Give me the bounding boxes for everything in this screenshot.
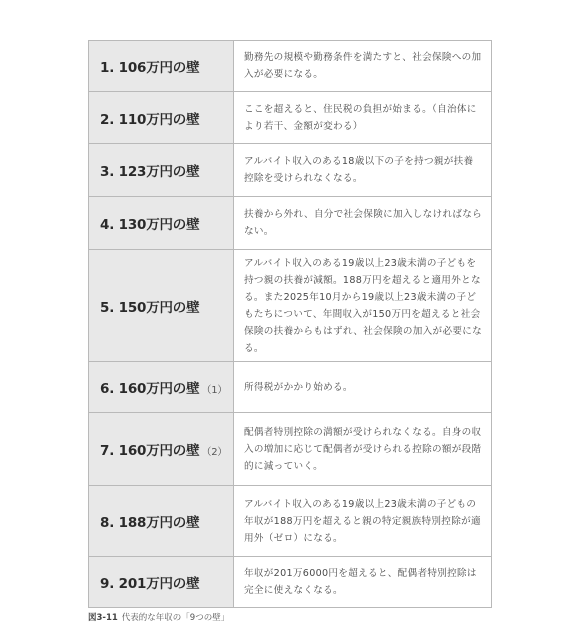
- table-row: 3. 123万円の壁 アルバイト収入のある18歳以下の子を持つ親が扶養控除を受け…: [89, 144, 492, 197]
- wall-label-suffix: （2）: [201, 447, 227, 458]
- wall-description: アルバイト収入のある18歳以下の子を持つ親が扶養控除を受けられなくなる。: [234, 144, 492, 197]
- figure-caption: 図3-11代表的な年収の「9つの壁」: [88, 611, 229, 623]
- wall-label-cell: 5. 150万円の壁: [89, 250, 234, 362]
- wall-label-cell: 9. 201万円の壁: [89, 557, 234, 608]
- wall-label: 8. 188万円の壁: [100, 515, 199, 531]
- wall-label: 9. 201万円の壁: [100, 576, 199, 592]
- wall-label: 5. 150万円の壁: [100, 300, 199, 316]
- wall-description: 勤務先の規模や勤務条件を満たすと、社会保険への加入が必要になる。: [234, 41, 492, 92]
- wall-label-cell: 6. 160万円の壁（1）: [89, 362, 234, 413]
- wall-label: 3. 123万円の壁: [100, 164, 199, 180]
- wall-label-cell: 2. 110万円の壁: [89, 92, 234, 144]
- wall-label: 1. 106万円の壁: [100, 60, 199, 76]
- wall-label-suffix: （1）: [201, 385, 227, 396]
- wall-label-cell: 3. 123万円の壁: [89, 144, 234, 197]
- wall-description: アルバイト収入のある19歳以上23歳未満の子どもの年収が188万円を超えると親の…: [234, 486, 492, 557]
- table-row: 9. 201万円の壁 年収が201万6000円を超えると、配偶者特別控除は完全に…: [89, 557, 492, 608]
- wall-label-cell: 4. 130万円の壁: [89, 197, 234, 250]
- wall-label-cell: 1. 106万円の壁: [89, 41, 234, 92]
- table-row: 7. 160万円の壁（2） 配偶者特別控除の満額が受けられなくなる。自身の収入の…: [89, 413, 492, 486]
- table-row: 2. 110万円の壁 ここを超えると、住民税の負担が始まる。（自治体により若干、…: [89, 92, 492, 144]
- wall-label: 4. 130万円の壁: [100, 217, 199, 233]
- wall-description: 配偶者特別控除の満額が受けられなくなる。自身の収入の増加に応じて配偶者が受けられ…: [234, 413, 492, 486]
- wall-label: 6. 160万円の壁: [100, 381, 199, 397]
- table-row: 6. 160万円の壁（1） 所得税がかかり始める。: [89, 362, 492, 413]
- wall-label-cell: 8. 188万円の壁: [89, 486, 234, 557]
- wall-description: 扶養から外れ、自分で社会保険に加入しなければならない。: [234, 197, 492, 250]
- table-row: 5. 150万円の壁 アルバイト収入のある19歳以上23歳未満の子どもを持つ親の…: [89, 250, 492, 362]
- table-row: 8. 188万円の壁 アルバイト収入のある19歳以上23歳未満の子どもの年収が1…: [89, 486, 492, 557]
- wall-description: 年収が201万6000円を超えると、配偶者特別控除は完全に使えなくなる。: [234, 557, 492, 608]
- income-walls-table: 1. 106万円の壁 勤務先の規模や勤務条件を満たすと、社会保険への加入が必要に…: [88, 40, 492, 608]
- wall-label: 2. 110万円の壁: [100, 112, 199, 128]
- wall-label-cell: 7. 160万円の壁（2）: [89, 413, 234, 486]
- table-row: 1. 106万円の壁 勤務先の規模や勤務条件を満たすと、社会保険への加入が必要に…: [89, 41, 492, 92]
- figure-caption-text: 代表的な年収の「9つの壁」: [122, 613, 229, 623]
- wall-label: 7. 160万円の壁: [100, 443, 199, 459]
- wall-description: 所得税がかかり始める。: [234, 362, 492, 413]
- figure-number: 図3-11: [88, 613, 118, 623]
- wall-description: アルバイト収入のある19歳以上23歳未満の子どもを持つ親の扶養が減額。188万円…: [234, 250, 492, 362]
- wall-description: ここを超えると、住民税の負担が始まる。（自治体により若干、金額が変わる）: [234, 92, 492, 144]
- nine-walls-figure: 1. 106万円の壁 勤務先の規模や勤務条件を満たすと、社会保険への加入が必要に…: [88, 40, 492, 608]
- table-row: 4. 130万円の壁 扶養から外れ、自分で社会保険に加入しなければならない。: [89, 197, 492, 250]
